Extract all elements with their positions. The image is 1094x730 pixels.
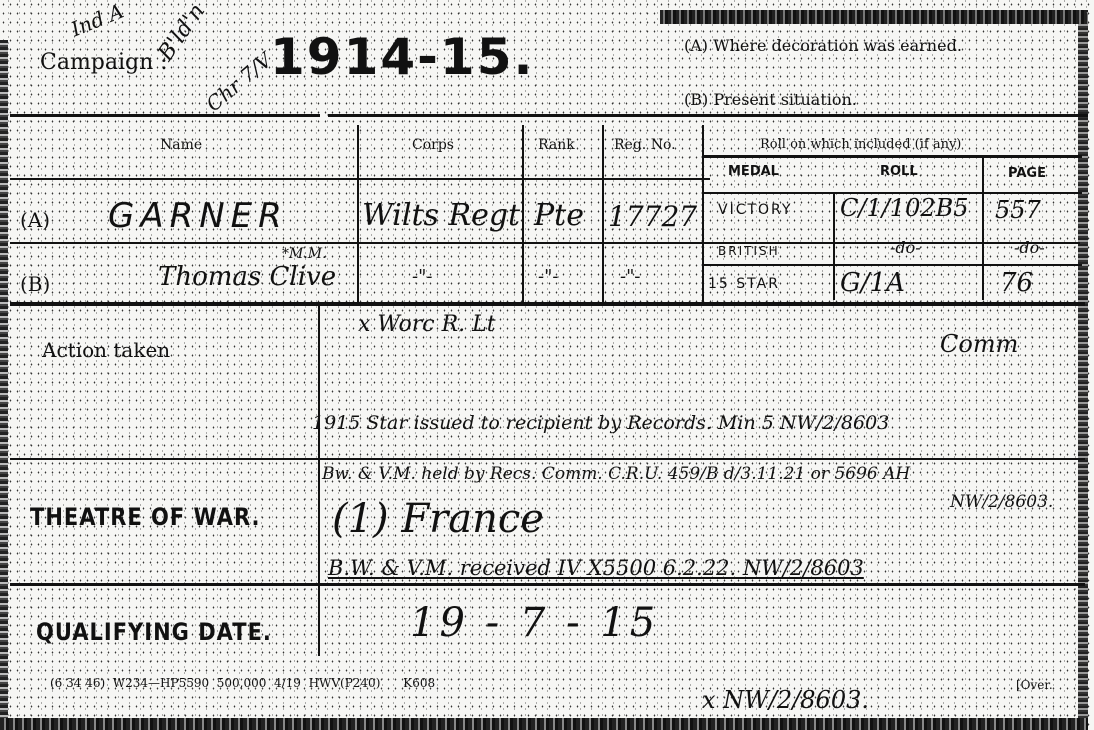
card-edge-bottom xyxy=(0,718,1088,730)
divider xyxy=(833,192,835,300)
divider xyxy=(10,114,320,117)
divider xyxy=(318,306,320,656)
corps-value: Wilts Regt xyxy=(362,198,520,233)
reg-no-ditto: -"- xyxy=(620,266,640,287)
handwritten-annotation: Ind A xyxy=(67,0,126,41)
medal-column-header: MEDAL xyxy=(728,164,779,179)
divider xyxy=(702,155,1082,158)
column-header-roll: Roll on which included (if any) xyxy=(760,137,961,152)
action-taken-label: Action taken xyxy=(42,338,170,362)
divider xyxy=(10,458,1085,460)
qualifying-date-value: 19 - 7 - 15 xyxy=(410,600,659,646)
row-label-b: (B) xyxy=(20,272,50,296)
footer-reference: x NW/2/8603. xyxy=(702,686,869,714)
action-note-regiment: x Worc R. Lt xyxy=(358,312,496,337)
divider xyxy=(10,178,710,180)
roll-15-star: G/1A xyxy=(840,268,905,298)
column-header-rank: Rank xyxy=(538,137,575,153)
legend-b: (B) Present situation. xyxy=(684,90,857,109)
medal-index-card: Campaign : 1914-15. Ind A B'ld'n Chr 7/V… xyxy=(0,0,1094,730)
divider xyxy=(702,125,704,305)
theatre-note-held: Bw. & V.M. held by Recs. Comm. C.R.U. 45… xyxy=(322,464,910,484)
divider xyxy=(328,114,1088,117)
theatre-note-ref: NW/2/8603. xyxy=(950,492,1053,512)
theatre-of-war-label: THEATRE OF WAR. xyxy=(30,503,261,531)
handwritten-annotation: B'ld'n xyxy=(153,0,210,66)
medal-victory: VICTORY xyxy=(718,202,792,218)
divider xyxy=(10,302,1085,306)
divider xyxy=(702,264,1082,266)
divider xyxy=(982,155,984,300)
print-code: (6 34 46) W234—HP5590 500,000 4/19 HWV(P… xyxy=(50,676,435,690)
column-header-corps: Corps xyxy=(412,137,454,153)
handwritten-annotation: Chr 7/V xyxy=(201,48,276,117)
page-column-header: PAGE xyxy=(1008,166,1046,181)
roll-column-header: ROLL xyxy=(880,164,918,179)
roll-victory: C/1/102B5 xyxy=(840,194,969,222)
card-edge-top xyxy=(660,10,1088,24)
over-label: [Over. xyxy=(1016,678,1053,692)
award-note: *M.M. xyxy=(282,246,327,262)
rank-value: Pte xyxy=(534,198,584,233)
rank-ditto: -"- xyxy=(538,266,558,287)
theatre-note-received: B.W. & V.M. received IV X5500 6.2.22. NW… xyxy=(328,556,864,580)
action-note-comm: Comm xyxy=(940,330,1018,358)
roll-british: -do- xyxy=(890,238,921,257)
column-header-reg-no: Reg. No. xyxy=(614,137,676,153)
qualifying-date-label: QUALIFYING DATE. xyxy=(36,618,272,646)
row-label-a: (A) xyxy=(20,208,50,232)
divider xyxy=(602,125,604,305)
campaign-label: Campaign : xyxy=(40,50,168,75)
divider xyxy=(357,125,359,305)
action-note-star-issued: 1915 Star issued to recipient by Records… xyxy=(312,412,889,434)
medal-british: BRITISH xyxy=(718,244,780,258)
surname: GARNER xyxy=(108,196,288,236)
page-victory: 557 xyxy=(995,196,1041,224)
divider xyxy=(10,583,1085,586)
page-15-star: 76 xyxy=(1000,268,1033,298)
legend-a: (A) Where decoration was earned. xyxy=(684,36,962,55)
divider xyxy=(522,125,524,305)
card-edge-left xyxy=(0,40,8,730)
medal-15-star: 15 STAR xyxy=(708,276,780,292)
reg-no-value: 17727 xyxy=(608,200,697,233)
card-edge-right xyxy=(1078,10,1088,728)
page-british: -do- xyxy=(1014,238,1045,257)
column-header-name: Name xyxy=(160,137,202,153)
forenames: Thomas Clive xyxy=(158,262,336,292)
corps-ditto: -"- xyxy=(412,266,432,287)
campaign-year: 1914-15. xyxy=(270,28,535,86)
theatre-value: (1) France xyxy=(332,496,544,542)
